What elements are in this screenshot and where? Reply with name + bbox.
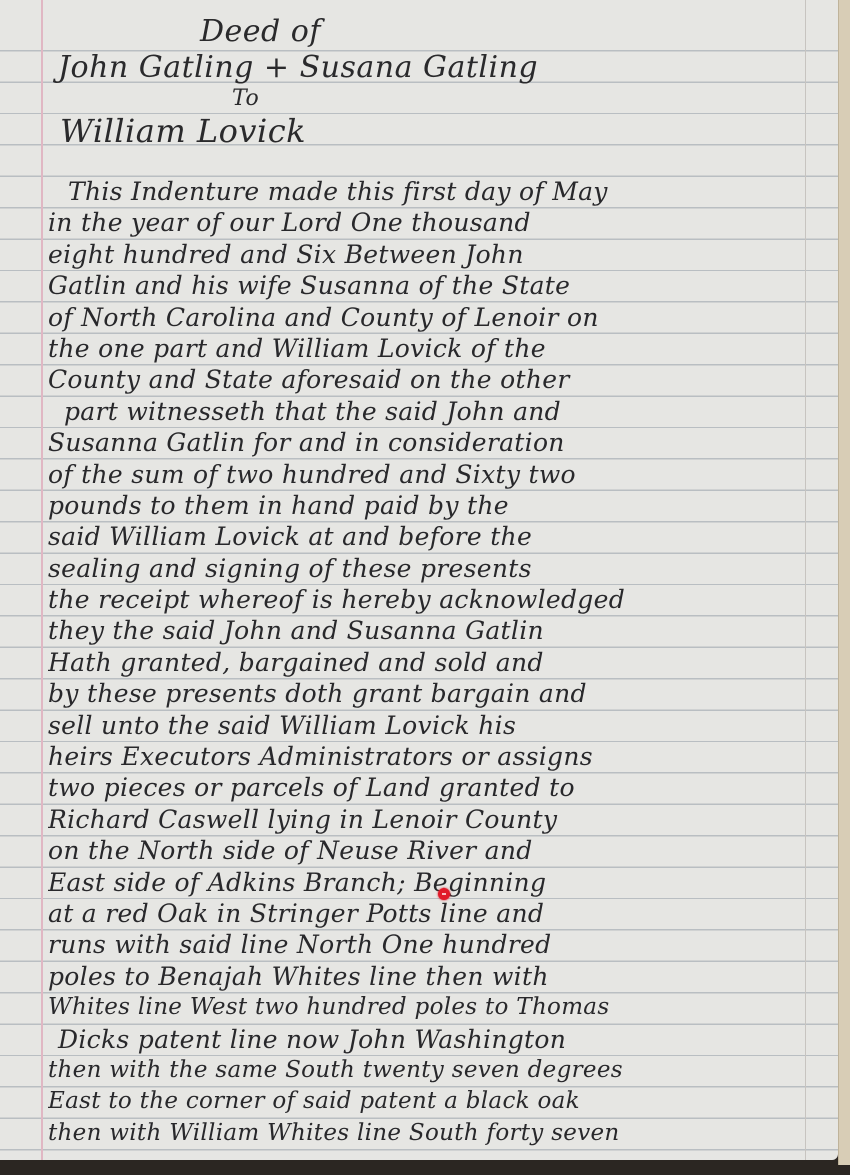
- body-line: Dicks patent line now John Washington: [48, 1024, 808, 1055]
- body-line: two pieces or parcels of Land granted to: [48, 772, 808, 803]
- body-line: then with William Whites line South fort…: [48, 1118, 808, 1149]
- deed-body: This Indenture made this first day of Ma…: [48, 176, 808, 1149]
- heading-deed-of: Deed of: [200, 14, 321, 49]
- body-line: on the North side of Neuse River and: [48, 835, 808, 866]
- page-edge: [838, 0, 850, 1165]
- body-line: pounds to them in hand paid by the: [48, 490, 808, 521]
- body-line: they the said John and Susanna Gatlin: [48, 615, 808, 646]
- body-line: County and State aforesaid on the other: [48, 364, 808, 395]
- body-line: Hath granted, bargained and sold and: [48, 647, 808, 678]
- heading-to: To: [232, 86, 259, 111]
- body-line: the one part and William Lovick of the: [48, 333, 808, 364]
- body-line: Whites line West two hundred poles to Th…: [48, 992, 808, 1023]
- body-line: of the sum of two hundred and Sixty two: [48, 459, 808, 490]
- body-line: East side of Adkins Branch; Beginning: [48, 867, 808, 898]
- body-line: runs with said line North One hundred: [48, 929, 808, 960]
- body-line: at a red Oak in Stringer Potts line and: [48, 898, 808, 929]
- red-dot-marker: [438, 888, 450, 900]
- ledger-page: Deed of John Gatling + Susana Gatling To…: [0, 0, 838, 1160]
- body-line: of North Carolina and County of Lenoir o…: [48, 302, 808, 333]
- body-line: Susanna Gatlin for and in consideration: [48, 427, 808, 458]
- left-margin-line: [41, 0, 43, 1160]
- body-line: by these presents doth grant bargain and: [48, 678, 808, 709]
- body-line: sell unto the said William Lovick his: [48, 710, 808, 741]
- body-line: in the year of our Lord One thousand: [48, 207, 808, 238]
- body-line: Richard Caswell lying in Lenoir County: [48, 804, 808, 835]
- body-line: heirs Executors Administrators or assign…: [48, 741, 808, 772]
- body-line: eight hundred and Six Between John: [48, 239, 808, 270]
- body-line: East to the corner of said patent a blac…: [48, 1086, 808, 1117]
- body-line: This Indenture made this first day of Ma…: [48, 176, 808, 207]
- heading-grantee: William Lovick: [60, 112, 306, 150]
- deed-heading: Deed of John Gatling + Susana Gatling To…: [0, 0, 800, 160]
- body-line: said William Lovick at and before the: [48, 521, 808, 552]
- body-line: part witnesseth that the said John and: [48, 396, 808, 427]
- body-line: the receipt whereof is hereby acknowledg…: [48, 584, 808, 615]
- body-line: then with the same South twenty seven de…: [48, 1055, 808, 1086]
- body-line: sealing and signing of these presents: [48, 553, 808, 584]
- body-line: poles to Benajah Whites line then with: [48, 961, 808, 992]
- heading-grantors: John Gatling + Susana Gatling: [58, 50, 538, 85]
- body-line: Gatlin and his wife Susanna of the State: [48, 270, 808, 301]
